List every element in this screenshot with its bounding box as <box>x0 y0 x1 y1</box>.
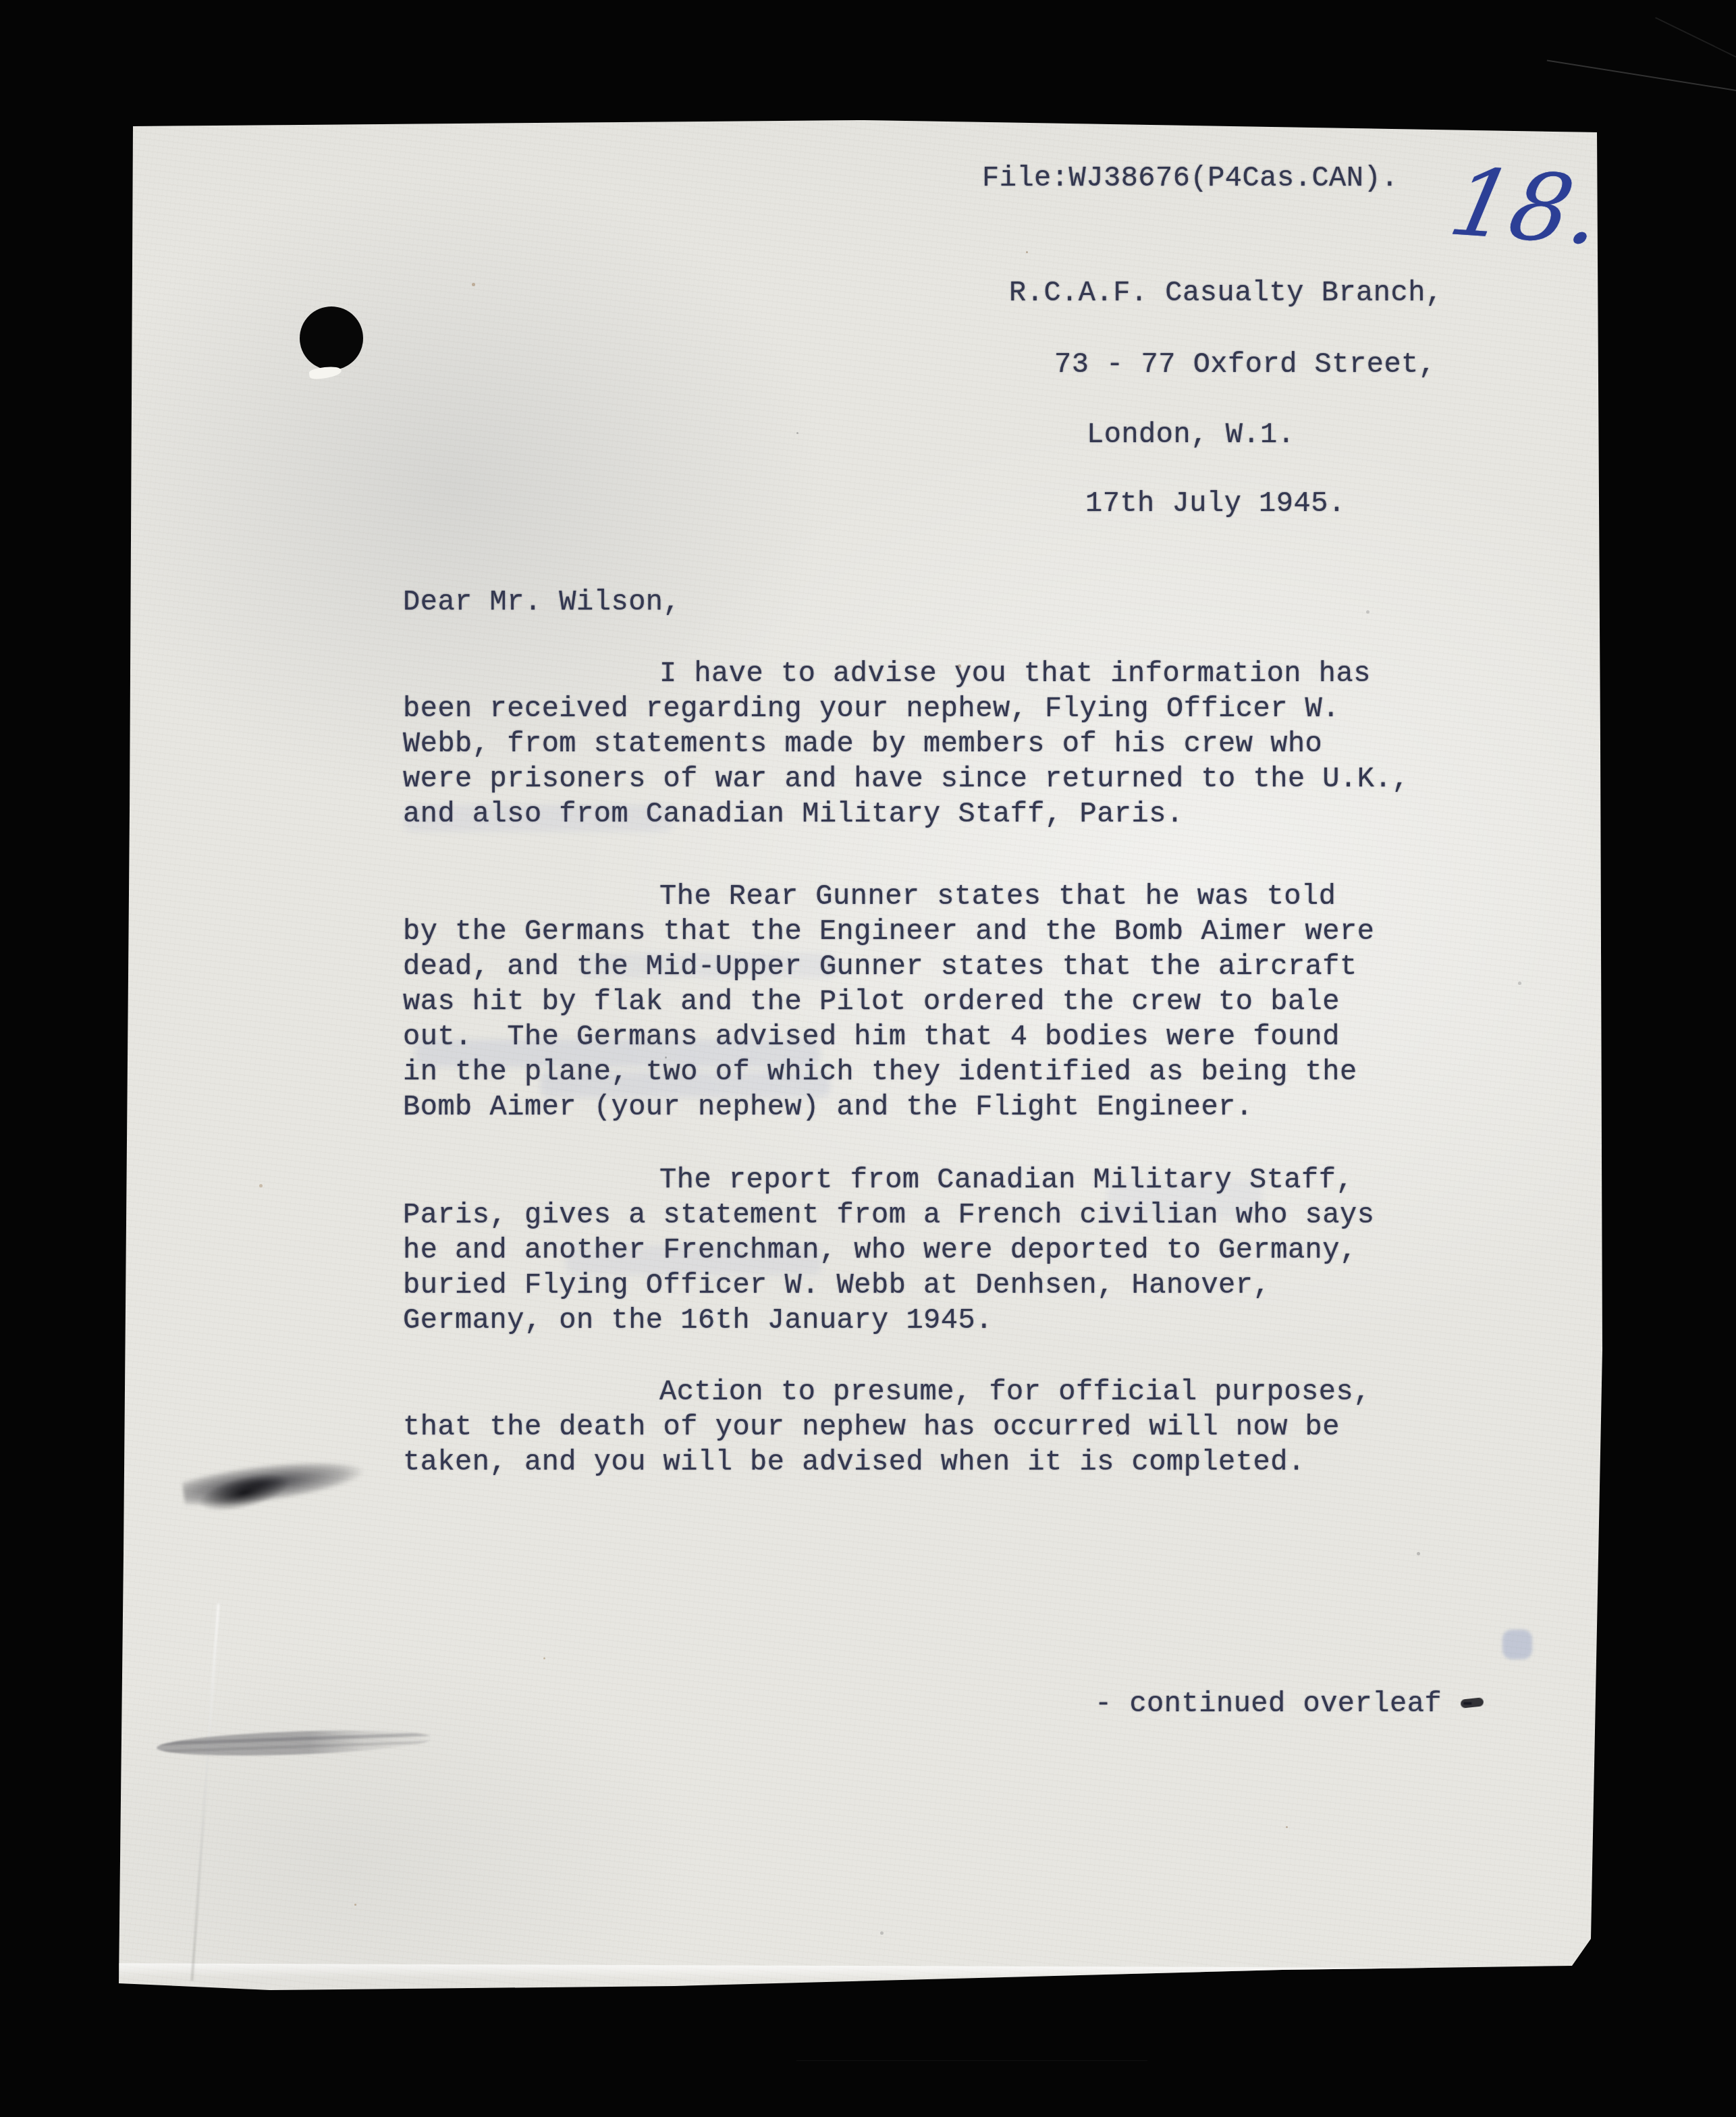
paper-crease <box>190 1604 219 1981</box>
letter-date-line: 17th July 1945. <box>1085 486 1346 521</box>
salutation: Dear Mr. Wilson, <box>403 585 680 620</box>
scanner-bed-scratch <box>1655 17 1736 63</box>
sender-address-line: 73 - 77 Oxford Street, <box>1054 347 1436 382</box>
scanner-bed-scratch <box>1547 60 1736 93</box>
pencil-smudge <box>157 1727 434 1759</box>
paper-bottom-edge-highlight <box>115 1963 1586 1982</box>
handwritten-sheet-number: 18. <box>1441 148 1612 265</box>
file-reference-line: File:WJ38676(P4Cas.CAN). <box>982 161 1399 196</box>
scanned-letter-page: { "page": { "sheet_number": "18.", "colo… <box>0 0 1736 2117</box>
letter-paragraph: I have to advise you that information ha… <box>403 656 1415 832</box>
ink-dash-mark <box>1460 1697 1484 1708</box>
continued-overleaf-note: - continued overleaf - <box>1095 1686 1477 1721</box>
letter-paper-sheet: File:WJ38676(P4Cas.CAN). 18. R.C.A.F. Ca… <box>0 0 1736 2117</box>
letter-paragraph: The report from Canadian Military Staff,… <box>403 1162 1415 1338</box>
paper-fiber-specks <box>0 0 2 2</box>
punch-hole <box>300 306 363 370</box>
letter-paragraph: Action to presume, for official purposes… <box>403 1374 1415 1480</box>
ink-bleedthrough-mark <box>1502 1630 1532 1659</box>
sender-address-line: London, W.1. <box>1087 417 1295 452</box>
scanner-bed-scratch <box>796 2060 1147 2061</box>
sender-address-line: R.C.A.F. Casualty Branch, <box>1009 275 1443 311</box>
letter-paragraph: The Rear Gunner states that he was told … <box>403 879 1415 1125</box>
